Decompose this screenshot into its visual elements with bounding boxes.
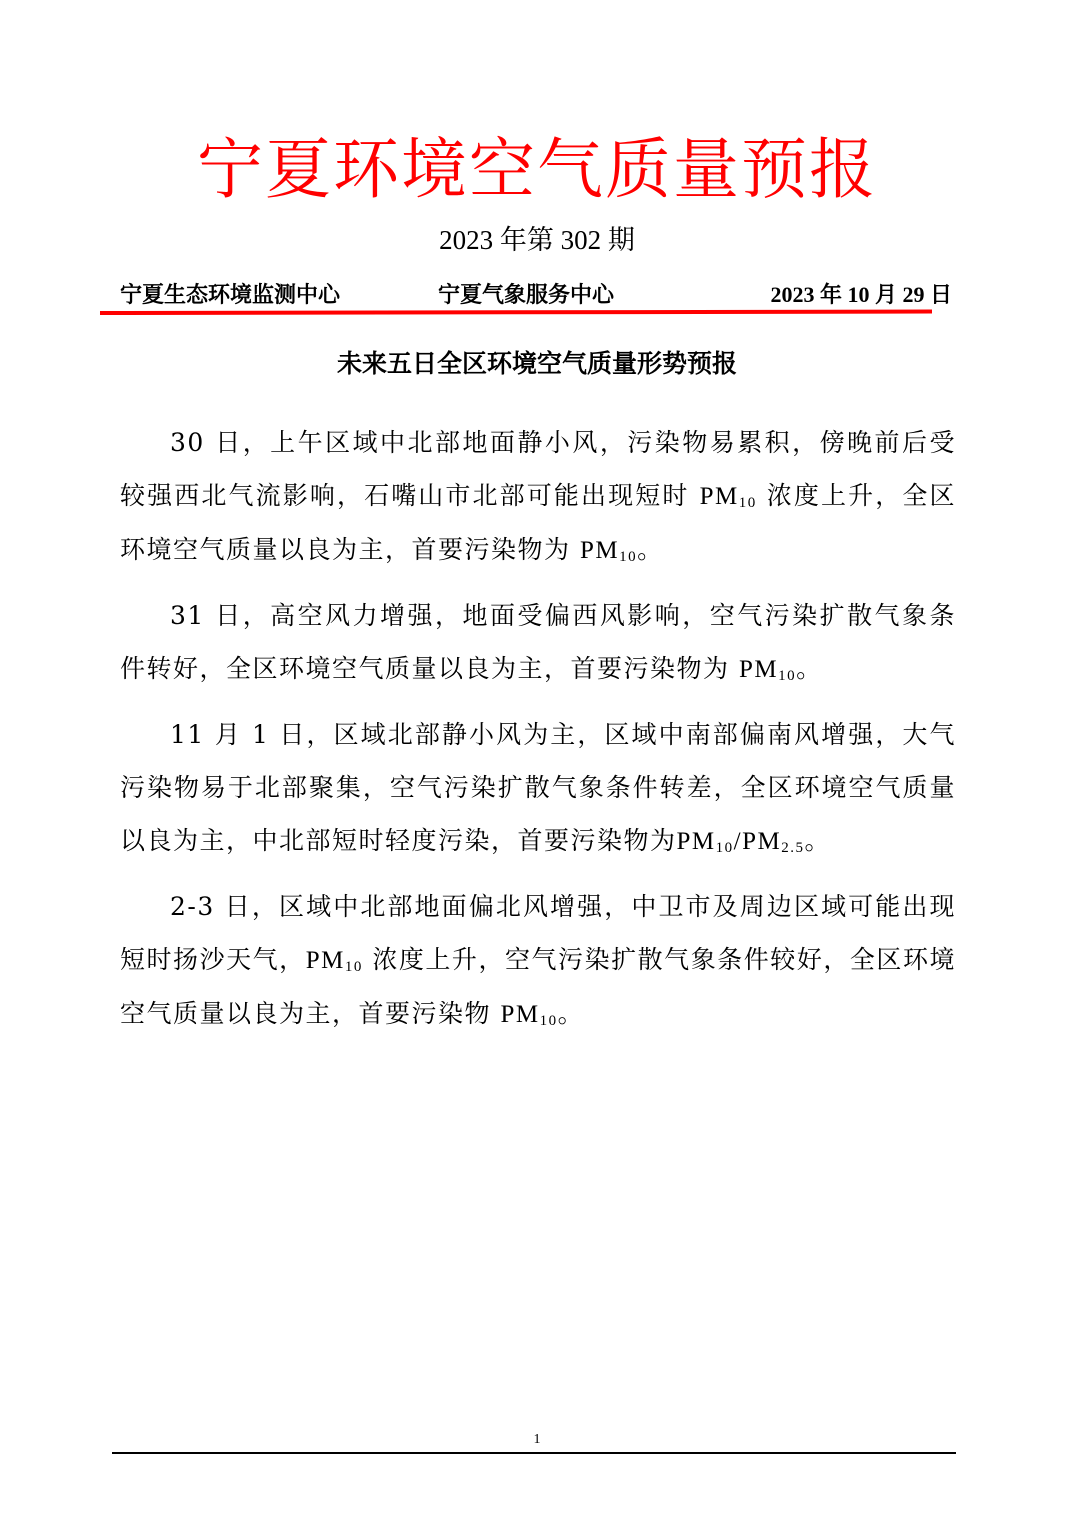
issue-date: 2023 年 10 月 29 日 (770, 278, 952, 312)
pollutant-label: PM (500, 1001, 539, 1028)
pollutant-label: PM (306, 947, 345, 974)
issue-number: 2023 年第 302 期 (0, 222, 1074, 258)
issuing-org-meteorology: 宁夏气象服务中心 (438, 278, 614, 312)
pollutant-subscript: 10 (540, 1013, 558, 1029)
paragraph-text: 。 (805, 826, 832, 855)
paragraph-text: 31 日，高空风力增强，地面受偏西风影响，空气污染扩散气象条件转好，全区环境空气… (120, 601, 956, 683)
pollutant-label: PM (742, 828, 781, 855)
separator: / (734, 828, 742, 855)
pollutant-label: PM (580, 537, 619, 564)
forecast-paragraph-day31: 31 日，高空风力增强，地面受偏西风影响，空气污染扩散气象条件转好，全区环境空气… (120, 589, 956, 696)
pollutant-label: PM (677, 828, 716, 855)
forecast-paragraph-nov2-3: 2-3 日，区域中北部地面偏北风增强，中卫市及周边区域可能出现短时扬沙天气，PM… (120, 880, 956, 1041)
section-title: 未来五日全区环境空气质量形势预报 (0, 344, 1074, 384)
pollutant-subscript: 10 (345, 959, 363, 975)
page-number: 1 (0, 1432, 1074, 1448)
document-title: 宁夏环境空气质量预报 (0, 130, 1074, 210)
pollutant-subscript: 10 (739, 495, 757, 511)
pollutant-subscript: 10 (619, 549, 637, 565)
red-header-rule (100, 310, 932, 315)
forecast-paragraph-nov1: 11 月 1 日，区域北部静小风为主，区域中南部偏南风增强，大气污染物易于北部聚… (120, 708, 956, 868)
pollutant-subscript: 10 (716, 840, 734, 856)
forecast-paragraph-day30: 30 日，上午区域中北部地面静小风，污染物易累积，傍晚前后受较强西北气流影响，石… (120, 416, 956, 577)
paragraph-text: 。 (796, 654, 823, 683)
paragraph-text: 。 (558, 999, 585, 1028)
pollutant-subscript: 10 (778, 668, 796, 684)
forecast-body: 30 日，上午区域中北部地面静小风，污染物易累积，傍晚前后受较强西北气流影响，石… (120, 416, 956, 1053)
issuing-org-ecology: 宁夏生态环境监测中心 (120, 278, 340, 312)
masthead-row: 宁夏生态环境监测中心 宁夏气象服务中心 2023 年 10 月 29 日 (120, 278, 952, 312)
pollutant-subscript: 2.5 (781, 840, 804, 856)
pollutant-label: PM (700, 483, 739, 510)
pollutant-label: PM (739, 656, 778, 683)
footer-rule (112, 1452, 956, 1454)
paragraph-text: 。 (637, 535, 664, 564)
